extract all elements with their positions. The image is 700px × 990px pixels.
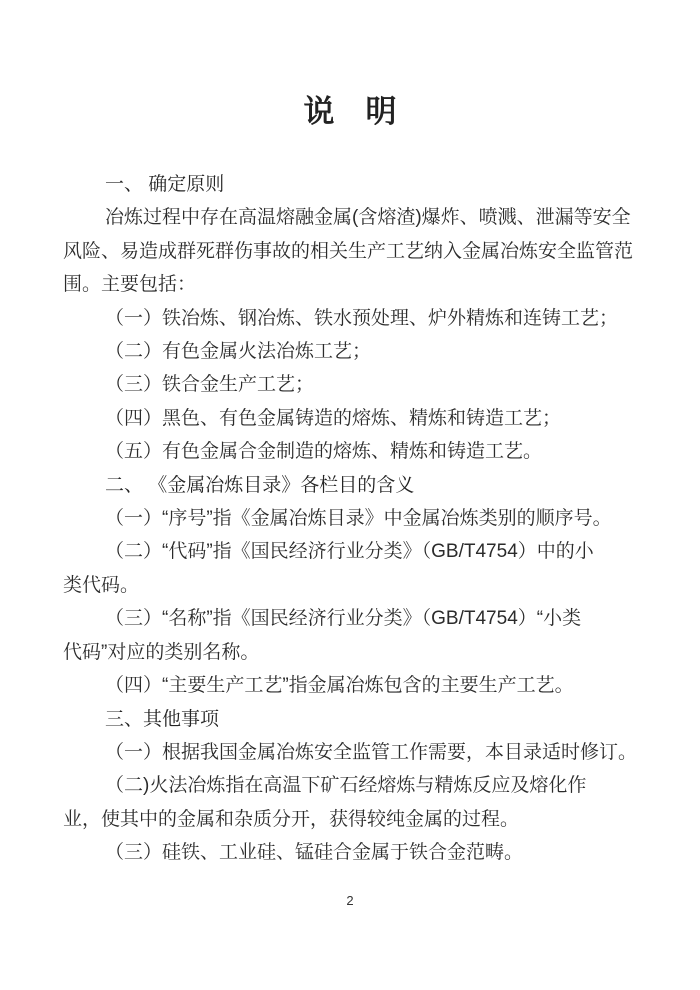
list-item-1-5: （五）有色金属合金制造的熔炼、精炼和铸造工艺。 (63, 435, 637, 468)
list-item-2-1: （一）“序号”指《金属冶炼目录》中金属冶炼类别的顺序号。 (63, 502, 637, 535)
section-1-heading: 一、 确定原则 (63, 168, 637, 201)
paragraph-line: 围。主要包括： (63, 268, 637, 301)
list-item-2-4: （四）“主要生产工艺”指金属冶炼包含的主要生产工艺。 (63, 669, 637, 702)
paragraph-line: 业，使其中的金属和杂质分开，获得较纯金属的过程。 (63, 803, 637, 836)
section-3-heading: 三、其他事项 (63, 703, 637, 736)
list-item-1-4: （四）黑色、有色金属铸造的熔炼、精炼和铸造工艺； (63, 402, 637, 435)
list-item-3-3: （三）硅铁、工业硅、锰硅合金属于铁合金范畴。 (63, 836, 637, 869)
paragraph-line: 冶炼过程中存在高温熔融金属(含熔渣)爆炸、喷溅、泄漏等安全 (63, 201, 637, 234)
section-2-heading: 二、 《金属冶炼目录》各栏目的含义 (63, 469, 637, 502)
page-number: 2 (0, 893, 700, 908)
list-item-1-3: （三）铁合金生产工艺； (63, 368, 637, 401)
paragraph-line: 风险、易造成群死群伤事故的相关生产工艺纳入金属冶炼安全监管范 (63, 235, 637, 268)
list-item-3-2: （二)火法冶炼指在高温下矿石经熔炼与精炼反应及熔化作 (63, 769, 637, 802)
document-title: 说 明 (63, 90, 637, 134)
list-item-1-1: （一）铁冶炼、钢冶炼、铁水预处理、炉外精炼和连铸工艺； (63, 302, 637, 335)
list-item-3-1: （一）根据我国金属冶炼安全监管工作需要，本目录适时修订。 (63, 736, 637, 769)
document-page: 说 明 一、 确定原则 冶炼过程中存在高温熔融金属(含熔渣)爆炸、喷溅、泄漏等安… (0, 0, 700, 990)
paragraph-line: 类代码。 (63, 569, 637, 602)
list-item-1-2: （二）有色金属火法冶炼工艺； (63, 335, 637, 368)
list-item-2-2: （二）“代码”指《国民经济行业分类》（GB/T4754）中的小 (63, 535, 637, 568)
document-content: 说 明 一、 确定原则 冶炼过程中存在高温熔融金属(含熔渣)爆炸、喷溅、泄漏等安… (0, 0, 700, 870)
list-item-2-3: （三）“名称”指《国民经济行业分类》（GB/T4754）“小类 (63, 602, 637, 635)
paragraph-line: 代码”对应的类别名称。 (63, 636, 637, 669)
